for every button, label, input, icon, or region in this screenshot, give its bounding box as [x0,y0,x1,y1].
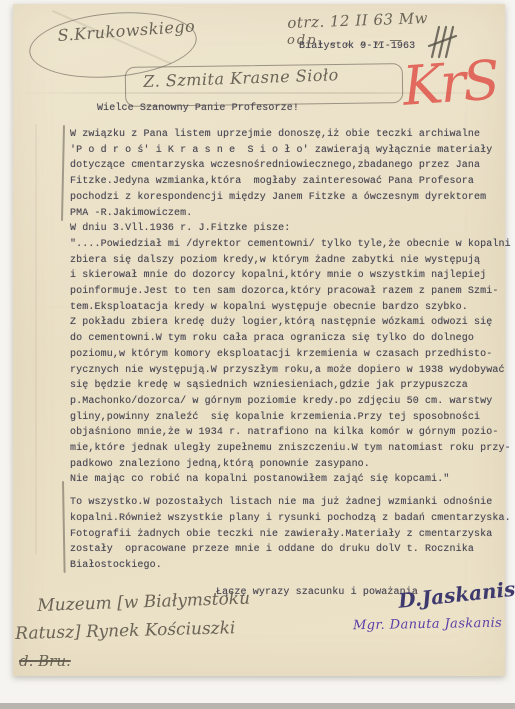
scan-edge-strip [0,703,515,709]
fold-crease-vertical [35,124,37,554]
letter-body: W związku z Pana listem uprzejmie donosz… [70,127,515,600]
typed-date: Białystok 9-II-1963 [299,41,415,52]
scan-background: S.Krukowskiego otrz. 12 II 63 Mw odp. „ … [0,0,515,709]
paragraph-1: W związku z Pana listem uprzejmie donosz… [70,127,515,221]
name-stamp: Mgr. Danuta Jaskanis [353,616,502,634]
salutation: Wielce Szanowny Panie Profesorze! [97,103,299,114]
paragraph-2: To wszystko.W pozostałych listach nie ma… [70,495,515,574]
received-date-note: otrz. 12 II 63 Mw [287,9,428,32]
museum-note-line-1: Muzeum [w Białymstoku [37,589,250,616]
quoted-letter: "....Powiedział mi /dyrektor cementowni/… [70,237,515,488]
museum-note-line-2: Ratusz] Rynek Kościuszki [15,618,236,644]
letter-page: S.Krukowskiego otrz. 12 II 63 Mw odp. „ … [13,4,505,676]
red-initials-mark: KrS [401,53,499,113]
pencil-margin-line-1 [61,125,65,221]
struck-note: d. Bru. [19,652,71,670]
quote-intro-line: W dniu 3.Vll.1936 r. J.Fitzke pisze: [70,221,515,237]
pencil-margin-line-2 [62,481,66,573]
